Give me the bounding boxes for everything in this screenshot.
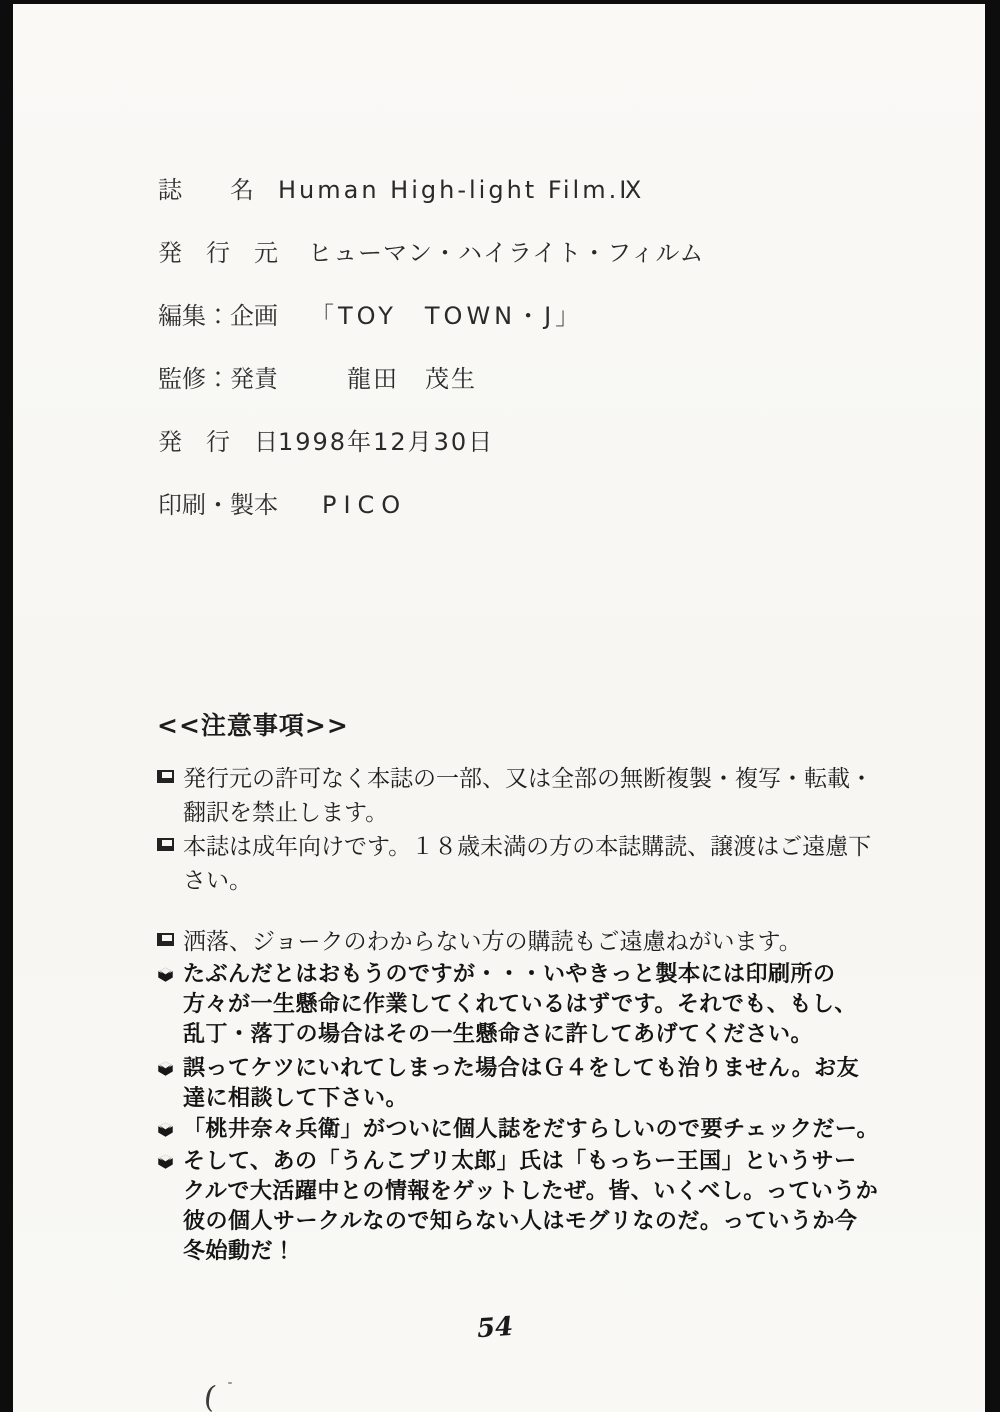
- colophon-row-title: 誌 名 Human High-light Film.Ⅸ: [158, 170, 878, 196]
- cube-icon: [157, 1153, 174, 1170]
- colophon-row-publisher: 発 行 元 ヒューマン・ハイライト・フィルム: [158, 233, 878, 259]
- note-item: 本誌は成年向けです。１８歳未満の方の本誌購読、譲渡はご遠慮下さい。: [157, 830, 879, 898]
- notes-section-heading: <<注意事項>>: [157, 706, 349, 742]
- title-value: Human High-light Film.Ⅸ: [278, 176, 644, 204]
- open-box-icon: [157, 933, 174, 946]
- note-text: 誤ってケツにいれてしまった場合はＧ４をしても治りません。お友達に相談して下さい。: [183, 1054, 879, 1114]
- note-text: 「桃井奈々兵衛」がついに個人誌をだすらしいので要チェックだー。: [183, 1115, 879, 1145]
- cube-icon: [157, 966, 174, 983]
- colophon-block: 誌 名 Human High-light Film.Ⅸ 発 行 元 ヒューマン・…: [158, 170, 878, 548]
- note-item: そして、あの「うんこプリ太郎」氏は「もっちー王国」というサークルで大活躍中との情…: [157, 1147, 879, 1267]
- open-box-icon: [157, 838, 174, 851]
- publisher-value: ヒューマン・ハイライト・フィルム: [308, 233, 704, 268]
- printing-value: PICO: [322, 491, 407, 519]
- date-label: 発 行 日: [158, 422, 278, 457]
- stray-dot-artifact: [228, 1382, 232, 1384]
- note-text: 本誌は成年向けです。１８歳未満の方の本誌購読、譲渡はご遠慮下さい。: [183, 830, 879, 898]
- colophon-row-supervisor: 監修：発責 龍田 茂生: [158, 359, 878, 385]
- title-label: 誌 名: [158, 170, 278, 205]
- note-item: 発行元の許可なく本誌の一部、又は全部の無断複製・複写・転載・翻訳を禁止します。: [157, 762, 879, 830]
- note-text: そして、あの「うんこプリ太郎」氏は「もっちー王国」というサークルで大活躍中との情…: [183, 1147, 879, 1267]
- printing-label: 印刷・製本: [158, 485, 278, 520]
- note-item: 洒落、ジョークのわからない方の購読もご遠慮ねがいます。: [157, 925, 879, 959]
- colophon-row-date: 発 行 日 1998年12月30日: [158, 422, 878, 448]
- note-item: 「桃井奈々兵衛」がついに個人誌をだすらしいので要チェックだー。: [157, 1115, 879, 1145]
- note-item: 誤ってケツにいれてしまった場合はＧ４をしても治りません。お友達に相談して下さい。: [157, 1054, 879, 1114]
- colophon-row-printing: 印刷・製本 PICO: [158, 485, 878, 511]
- note-item: たぶんだとはおもうのですが・・・いやきっと製本には印刷所の方々が一生懸命に作業し…: [157, 960, 879, 1050]
- page-number: 54: [476, 1312, 514, 1344]
- cube-icon: [157, 1121, 174, 1138]
- scan-border-right: [985, 0, 1000, 1412]
- scanned-doujinshi-colophon-page: 誌 名 Human High-light Film.Ⅸ 発 行 元 ヒューマン・…: [0, 0, 1000, 1412]
- supervisor-value: 龍田 茂生: [347, 359, 477, 394]
- open-box-icon: [157, 770, 174, 783]
- scan-border-left: [0, 0, 13, 1412]
- notes-list: 発行元の許可なく本誌の一部、又は全部の無断複製・複写・転載・翻訳を禁止します。 …: [157, 762, 879, 1267]
- note-text: 発行元の許可なく本誌の一部、又は全部の無断複製・複写・転載・翻訳を禁止します。: [183, 762, 879, 830]
- supervisor-label: 監修：発責: [158, 359, 278, 394]
- editing-value: 「TOY TOWN・J」: [310, 296, 583, 331]
- cube-icon: [157, 1060, 174, 1077]
- colophon-row-editing: 編集：企画 「TOY TOWN・J」: [158, 296, 878, 322]
- note-text: 洒落、ジョークのわからない方の購読もご遠慮ねがいます。: [183, 925, 879, 959]
- editing-label: 編集：企画: [158, 296, 278, 331]
- date-value: 1998年12月30日: [278, 422, 494, 457]
- scan-border-top: [0, 0, 1000, 4]
- publisher-label: 発 行 元: [158, 233, 278, 268]
- note-text: たぶんだとはおもうのですが・・・いやきっと製本には印刷所の方々が一生懸命に作業し…: [183, 960, 879, 1050]
